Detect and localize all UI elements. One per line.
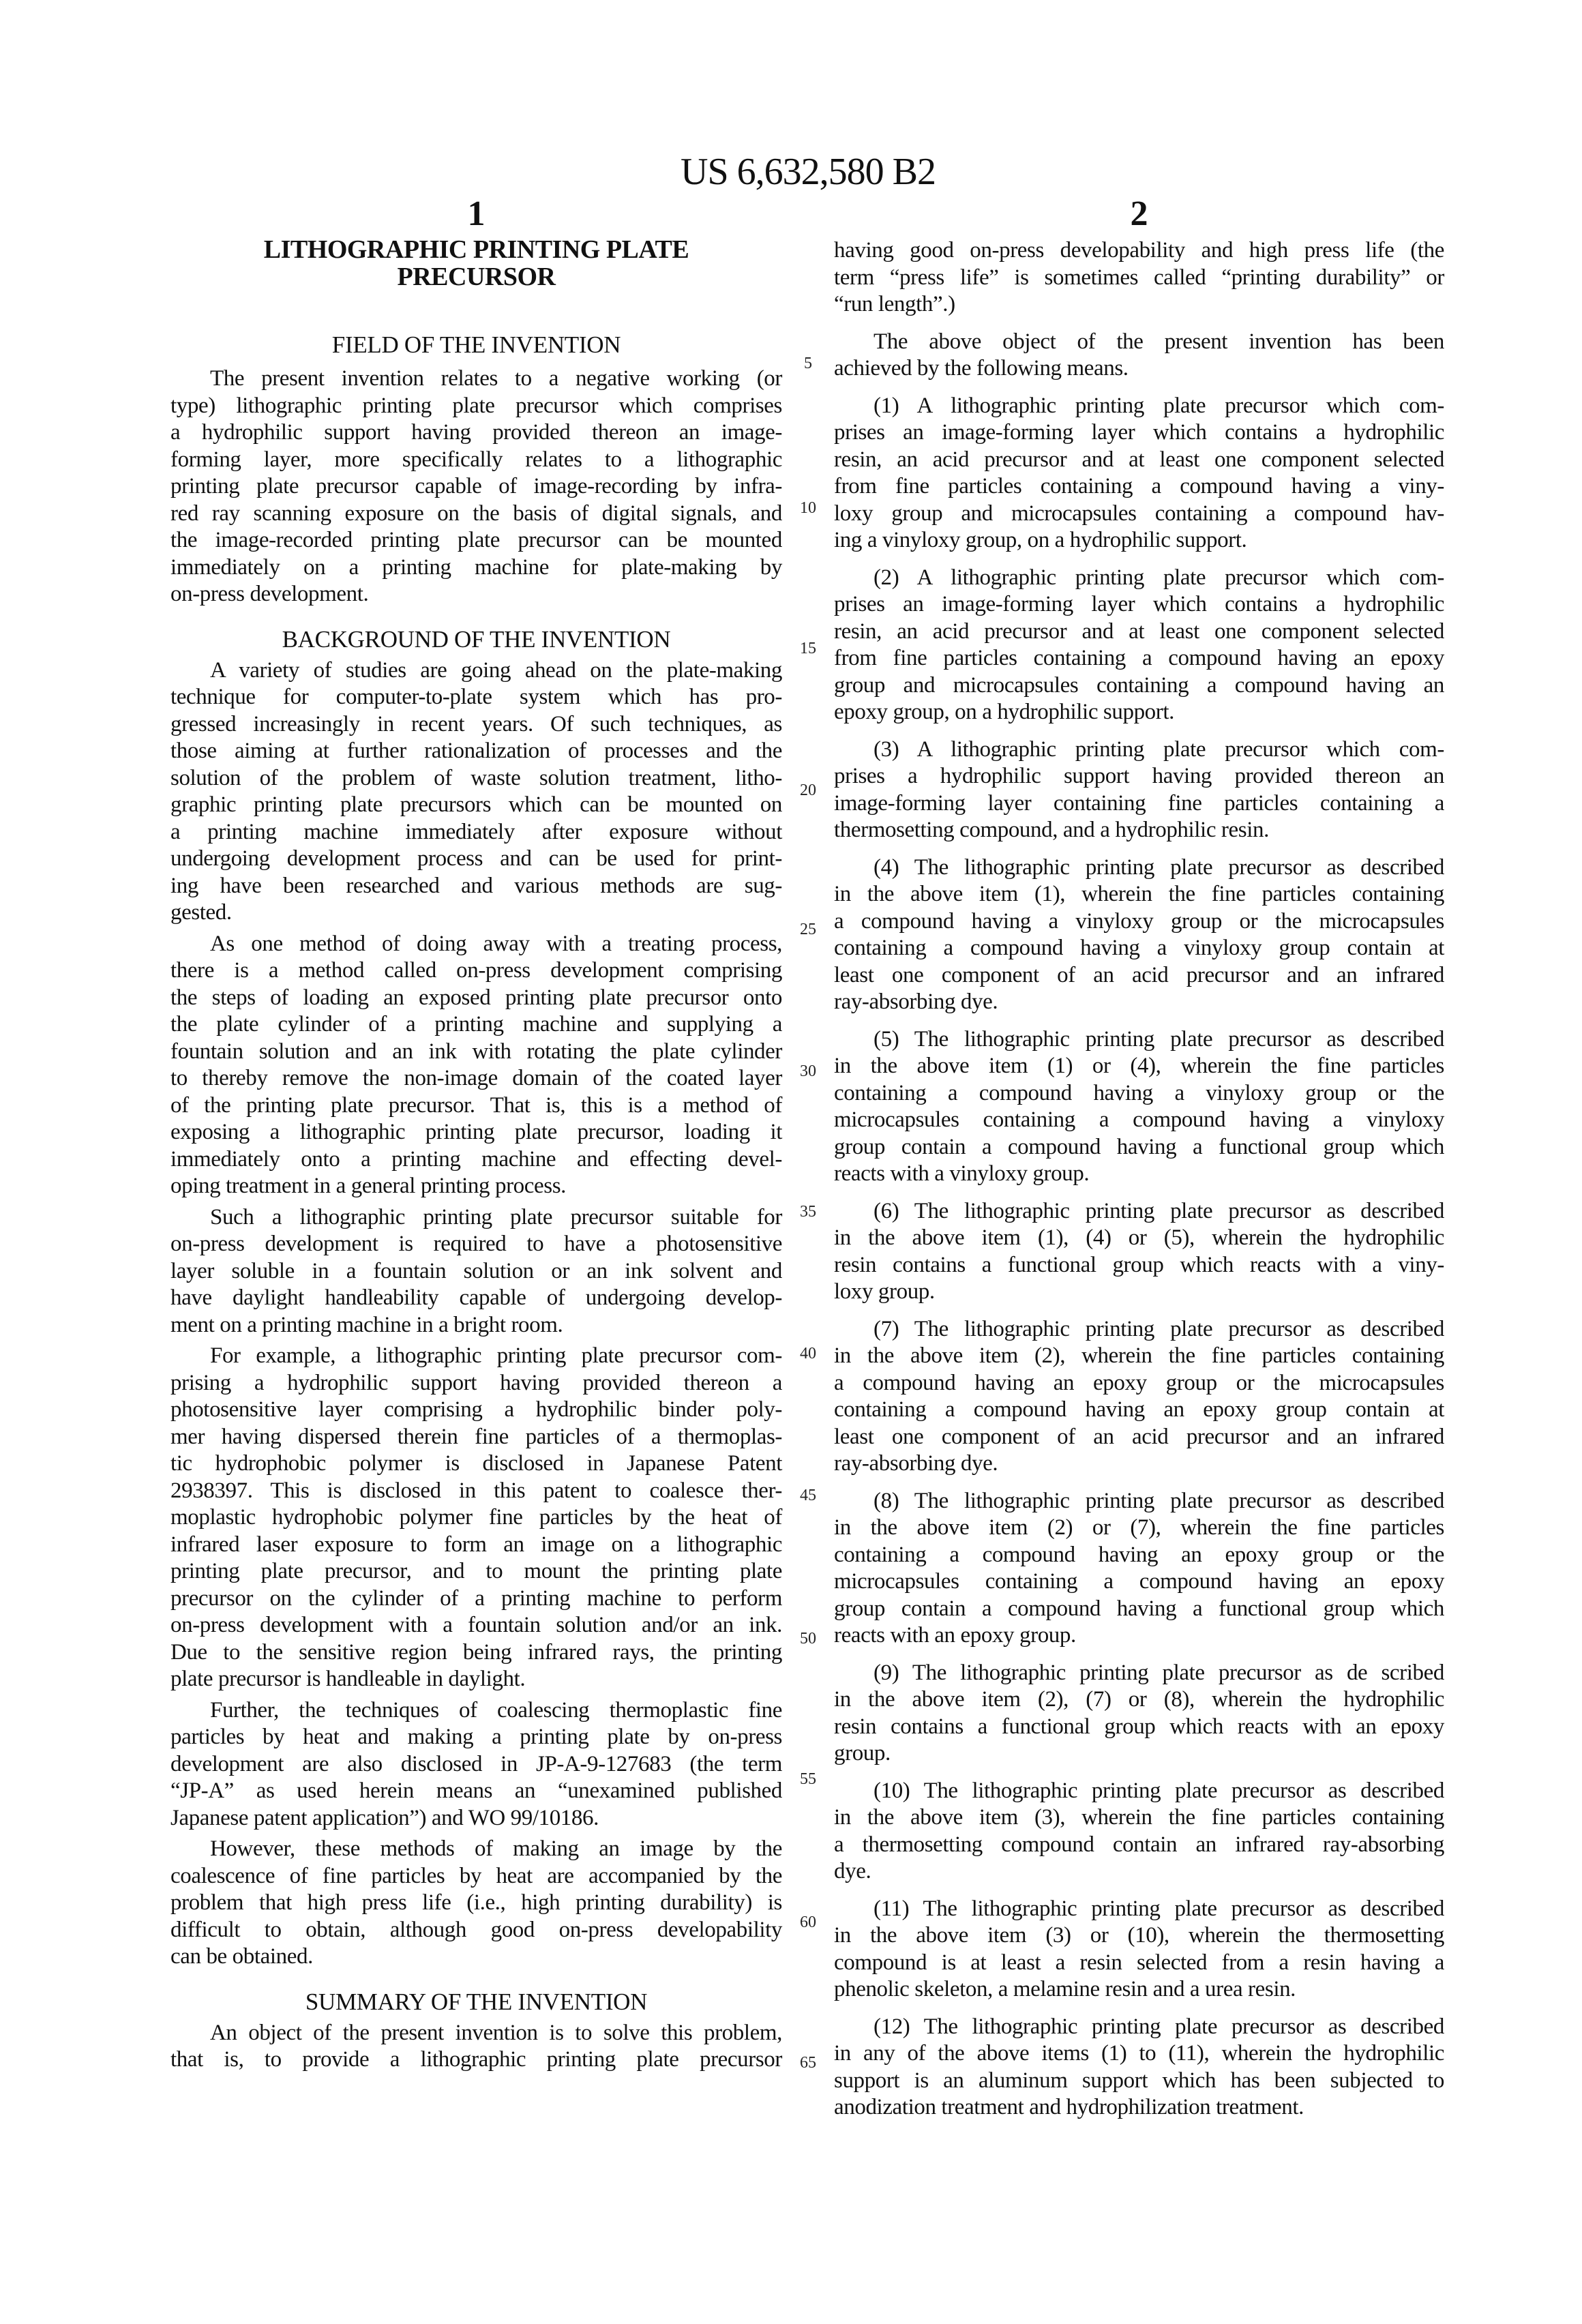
text-line: in any of the above items (1) to (11), w…: [834, 2040, 1444, 2068]
text-line: type) lithographic printing plate precur…: [170, 393, 782, 420]
text-line: photosensitive layer comprising a hydrop…: [170, 1397, 782, 1424]
line-number: 60: [791, 1913, 825, 1931]
item-5: (5) The lithographic printing plate prec…: [834, 1026, 1444, 1188]
text-line: moplastic hydrophobic polymer fine parti…: [170, 1504, 782, 1532]
item-4: (4) The lithographic printing plate prec…: [834, 854, 1444, 1016]
text-line: “run length”.): [834, 291, 1444, 318]
item-6: (6) The lithographic printing plate prec…: [834, 1198, 1444, 1306]
text-line: prises a hydrophilic support having prov…: [834, 763, 1444, 790]
line-number: 65: [791, 2054, 825, 2072]
paragraph-background-3: Such a lithographic printing plate precu…: [170, 1204, 782, 1339]
text-line: (12) The lithographic printing plate pre…: [834, 2014, 1444, 2041]
text-line: containing a compound having an epoxy gr…: [834, 1397, 1444, 1424]
text-line: forming layer, more specifically relates…: [170, 447, 782, 474]
text-line: a compound having a vinyloxy group or th…: [834, 908, 1444, 936]
text-line: prising a hydrophilic support having pro…: [170, 1370, 782, 1397]
item-10: (10) The lithographic printing plate pre…: [834, 1778, 1444, 1886]
text-line: immediately on a printing machine for pl…: [170, 554, 782, 582]
text-line: layer soluble in a fountain solution or …: [170, 1258, 782, 1285]
text-line: coalescence of fine particles by heat ar…: [170, 1863, 782, 1890]
text-line: image-forming layer containing fine part…: [834, 790, 1444, 818]
text-line: problem that high press life (i.e., high…: [170, 1890, 782, 1917]
line-number: 50: [791, 1630, 825, 1648]
text-line: group contain a compound having a functi…: [834, 1596, 1444, 1623]
text-line: (9) The lithographic printing plate prec…: [834, 1660, 1444, 1687]
text-line: in the above item (3), wherein the fine …: [834, 1804, 1444, 1832]
text-line: An object of the present invention is to…: [170, 2020, 782, 2047]
text-line: in the above item (2) or (7), wherein th…: [834, 1515, 1444, 1542]
text-line: prises an image-forming layer which cont…: [834, 419, 1444, 447]
text-line: from fine particles containing a compoun…: [834, 645, 1444, 672]
text-line: have daylight handleability capable of u…: [170, 1285, 782, 1312]
text-line: epoxy group, on a hydrophilic support.: [834, 699, 1444, 726]
text-line: (7) The lithographic printing plate prec…: [834, 1316, 1444, 1343]
item-8: (8) The lithographic printing plate prec…: [834, 1488, 1444, 1650]
text-line: a compound having an epoxy group or the …: [834, 1370, 1444, 1397]
text-line: ing have been researched and various met…: [170, 873, 782, 900]
left-text-column: FIELD OF THE INVENTION The present inven…: [170, 331, 782, 2078]
text-line: gressed increasingly in recent years. Of…: [170, 711, 782, 739]
text-line: As one method of doing away with a treat…: [170, 931, 782, 958]
text-line: there is a method called on-press develo…: [170, 957, 782, 985]
text-line: 2938397. This is disclosed in this paten…: [170, 1478, 782, 1505]
text-line: development are also disclosed in JP-A-9…: [170, 1751, 782, 1778]
text-line: containing a compound having an epoxy gr…: [834, 1542, 1444, 1569]
text-line: immediately onto a printing machine and …: [170, 1146, 782, 1174]
line-number: 25: [791, 921, 825, 938]
paragraph-background-6: However, these methods of making an imag…: [170, 1836, 782, 1971]
text-line: microcapsules containing a compound havi…: [834, 1568, 1444, 1596]
text-line: mer having dispersed therein fine partic…: [170, 1424, 782, 1451]
text-line: support is an aluminum support which has…: [834, 2068, 1444, 2095]
text-line: technique for computer-to-plate system w…: [170, 684, 782, 711]
text-line: graphic printing plate precursors which …: [170, 792, 782, 819]
paragraph-background-2: As one method of doing away with a treat…: [170, 931, 782, 1200]
line-number: 15: [791, 640, 825, 657]
text-line: on-press development with a fountain sol…: [170, 1612, 782, 1639]
patent-number: US 6,632,580 B2: [655, 151, 961, 192]
text-line: (6) The lithographic printing plate prec…: [834, 1198, 1444, 1225]
text-line: on-press development is required to have…: [170, 1231, 782, 1258]
text-line: The present invention relates to a negat…: [170, 366, 782, 393]
text-line: resin, an acid precursor and at least on…: [834, 619, 1444, 646]
text-line: Such a lithographic printing plate precu…: [170, 1204, 782, 1232]
item-9: (9) The lithographic printing plate prec…: [834, 1660, 1444, 1768]
text-line: in the above item (1), (4) or (5), where…: [834, 1225, 1444, 1252]
text-line: thermosetting compound, and a hydrophili…: [834, 817, 1444, 844]
text-line: the plate cylinder of a printing machine…: [170, 1011, 782, 1039]
line-number: 45: [791, 1487, 825, 1504]
text-line: solution of the problem of waste solutio…: [170, 765, 782, 792]
text-line: ing a vinyloxy group, on a hydrophilic s…: [834, 527, 1444, 554]
text-line: For example, a lithographic printing pla…: [170, 1343, 782, 1370]
column-number-right: 2: [834, 195, 1444, 233]
text-line: However, these methods of making an imag…: [170, 1836, 782, 1863]
line-number: 5: [791, 355, 825, 372]
text-line: group.: [834, 1740, 1444, 1768]
line-number: 20: [791, 781, 825, 799]
paragraph-summary-continued: having good on-press developability and …: [834, 237, 1444, 318]
text-line: phenolic skeleton, a melamine resin and …: [834, 1976, 1444, 2003]
text-line: fountain solution and an ink with rotati…: [170, 1039, 782, 1066]
text-line: resin contains a functional group which …: [834, 1252, 1444, 1279]
text-line: oping treatment in a general printing pr…: [170, 1173, 782, 1200]
text-line: precursor on the cylinder of a printing …: [170, 1585, 782, 1613]
text-line: red ray scanning exposure on the basis o…: [170, 501, 782, 528]
line-number: 30: [791, 1062, 825, 1080]
paragraph-background-1: A variety of studies are going ahead on …: [170, 657, 782, 927]
text-line: term “press life” is sometimes called “p…: [834, 265, 1444, 292]
text-line: plate precursor is handleable in dayligh…: [170, 1666, 782, 1693]
text-line: (3) A lithographic printing plate precur…: [834, 736, 1444, 764]
text-line: particles by heat and making a printing …: [170, 1724, 782, 1751]
text-line: least one component of an acid precursor…: [834, 962, 1444, 989]
text-line: containing a compound having a vinyloxy …: [834, 1080, 1444, 1107]
text-line: a printing machine immediately after exp…: [170, 819, 782, 846]
item-2: (2) A lithographic printing plate precur…: [834, 565, 1444, 726]
text-line: (11) The lithographic printing plate pre…: [834, 1896, 1444, 1923]
text-line: tic hydrophobic polymer is disclosed in …: [170, 1450, 782, 1478]
text-line: on-press development.: [170, 581, 782, 608]
text-line: group and microcapsules containing a com…: [834, 672, 1444, 700]
text-line: infrared laser exposure to form an image…: [170, 1532, 782, 1559]
text-line: a hydrophilic support having provided th…: [170, 419, 782, 447]
text-line: ment on a printing machine in a bright r…: [170, 1312, 782, 1339]
paragraph-summary-1: An object of the present invention is to…: [170, 2020, 782, 2074]
text-line: the steps of loading an exposed printing…: [170, 985, 782, 1012]
document-title: LITHOGRAPHIC PRINTING PLATE PRECURSOR: [170, 236, 782, 290]
text-line: exposing a lithographic printing plate p…: [170, 1119, 782, 1146]
text-line: compound is at least a resin selected fr…: [834, 1950, 1444, 1977]
text-line: least one component of an acid precursor…: [834, 1424, 1444, 1451]
text-line: ray-absorbing dye.: [834, 989, 1444, 1016]
text-line: the image-recorded printing plate precur…: [170, 527, 782, 554]
column-number-left: 1: [170, 195, 782, 233]
paragraph-field: The present invention relates to a negat…: [170, 366, 782, 608]
paragraph-summary-2: The above object of the present inventio…: [834, 329, 1444, 383]
right-text-column: having good on-press developability and …: [834, 237, 1444, 2132]
patent-page: US 6,632,580 B2 1 2 LITHOGRAPHIC PRINTIN…: [0, 0, 1582, 2324]
text-line: printing plate precursor capable of imag…: [170, 473, 782, 501]
line-number: 55: [791, 1770, 825, 1788]
text-line: achieved by the following means.: [834, 355, 1444, 383]
text-line: (8) The lithographic printing plate prec…: [834, 1488, 1444, 1515]
text-line: in the above item (1) or (4), wherein th…: [834, 1053, 1444, 1080]
text-line: Due to the sensitive region being infrar…: [170, 1639, 782, 1667]
line-number: 10: [791, 499, 825, 517]
text-line: those aiming at further rationalization …: [170, 738, 782, 765]
text-line: group contain a compound having a functi…: [834, 1134, 1444, 1161]
text-line: that is, to provide a lithographic print…: [170, 2046, 782, 2074]
paragraph-background-5: Further, the techniques of coalescing th…: [170, 1697, 782, 1832]
item-7: (7) The lithographic printing plate prec…: [834, 1316, 1444, 1478]
text-line: “JP-A” as used herein means an “unexamin…: [170, 1778, 782, 1805]
text-line: (5) The lithographic printing plate prec…: [834, 1026, 1444, 1054]
text-line: gested.: [170, 899, 782, 927]
text-line: Further, the techniques of coalescing th…: [170, 1697, 782, 1725]
title-line-2: PRECURSOR: [170, 263, 782, 290]
text-line: reacts with a vinyloxy group.: [834, 1161, 1444, 1188]
text-line: in the above item (3) or (10), wherein t…: [834, 1922, 1444, 1950]
heading-summary: SUMMARY OF THE INVENTION: [170, 1988, 782, 2016]
heading-field-of-invention: FIELD OF THE INVENTION: [170, 331, 782, 359]
text-line: undergoing development process and can b…: [170, 846, 782, 873]
text-line: A variety of studies are going ahead on …: [170, 657, 782, 685]
text-line: anodization treatment and hydrophilizati…: [834, 2094, 1444, 2121]
text-line: can be obtained.: [170, 1943, 782, 1971]
line-number: 40: [791, 1345, 825, 1362]
text-line: loxy group.: [834, 1279, 1444, 1306]
text-line: prises an image-forming layer which cont…: [834, 591, 1444, 619]
heading-background: BACKGROUND OF THE INVENTION: [170, 626, 782, 653]
item-3: (3) A lithographic printing plate precur…: [834, 736, 1444, 844]
title-line-1: LITHOGRAPHIC PRINTING PLATE: [170, 236, 782, 263]
text-line: dye.: [834, 1858, 1444, 1886]
text-line: a thermosetting compound contain an infr…: [834, 1832, 1444, 1859]
line-number: 35: [791, 1203, 825, 1221]
item-12: (12) The lithographic printing plate pre…: [834, 2014, 1444, 2121]
text-line: difficult to obtain, although good on-pr…: [170, 1917, 782, 1944]
text-line: in the above item (2), wherein the fine …: [834, 1343, 1444, 1370]
text-line: (2) A lithographic printing plate precur…: [834, 565, 1444, 592]
item-11: (11) The lithographic printing plate pre…: [834, 1896, 1444, 2003]
text-line: resin contains a functional group which …: [834, 1714, 1444, 1741]
text-line: to thereby remove the non-image domain o…: [170, 1065, 782, 1092]
text-line: The above object of the present inventio…: [834, 329, 1444, 356]
text-line: in the above item (1), wherein the fine …: [834, 881, 1444, 908]
text-line: loxy group and microcapsules containing …: [834, 501, 1444, 528]
text-line: of the printing plate precursor. That is…: [170, 1092, 782, 1120]
text-line: microcapsules containing a compound havi…: [834, 1107, 1444, 1134]
text-line: ray-absorbing dye.: [834, 1450, 1444, 1478]
text-line: (1) A lithographic printing plate precur…: [834, 393, 1444, 420]
text-line: Japanese patent application”) and WO 99/…: [170, 1805, 782, 1832]
text-line: in the above item (2), (7) or (8), where…: [834, 1686, 1444, 1714]
text-line: (4) The lithographic printing plate prec…: [834, 854, 1444, 882]
text-line: printing plate precursor, and to mount t…: [170, 1558, 782, 1585]
text-line: containing a compound having a vinyloxy …: [834, 935, 1444, 962]
paragraph-background-4: For example, a lithographic printing pla…: [170, 1343, 782, 1693]
text-line: (10) The lithographic printing plate pre…: [834, 1778, 1444, 1805]
text-line: resin, an acid precursor and at least on…: [834, 447, 1444, 474]
item-1: (1) A lithographic printing plate precur…: [834, 393, 1444, 554]
text-line: having good on-press developability and …: [834, 237, 1444, 265]
text-line: from fine particles containing a compoun…: [834, 473, 1444, 501]
text-line: reacts with an epoxy group.: [834, 1622, 1444, 1650]
